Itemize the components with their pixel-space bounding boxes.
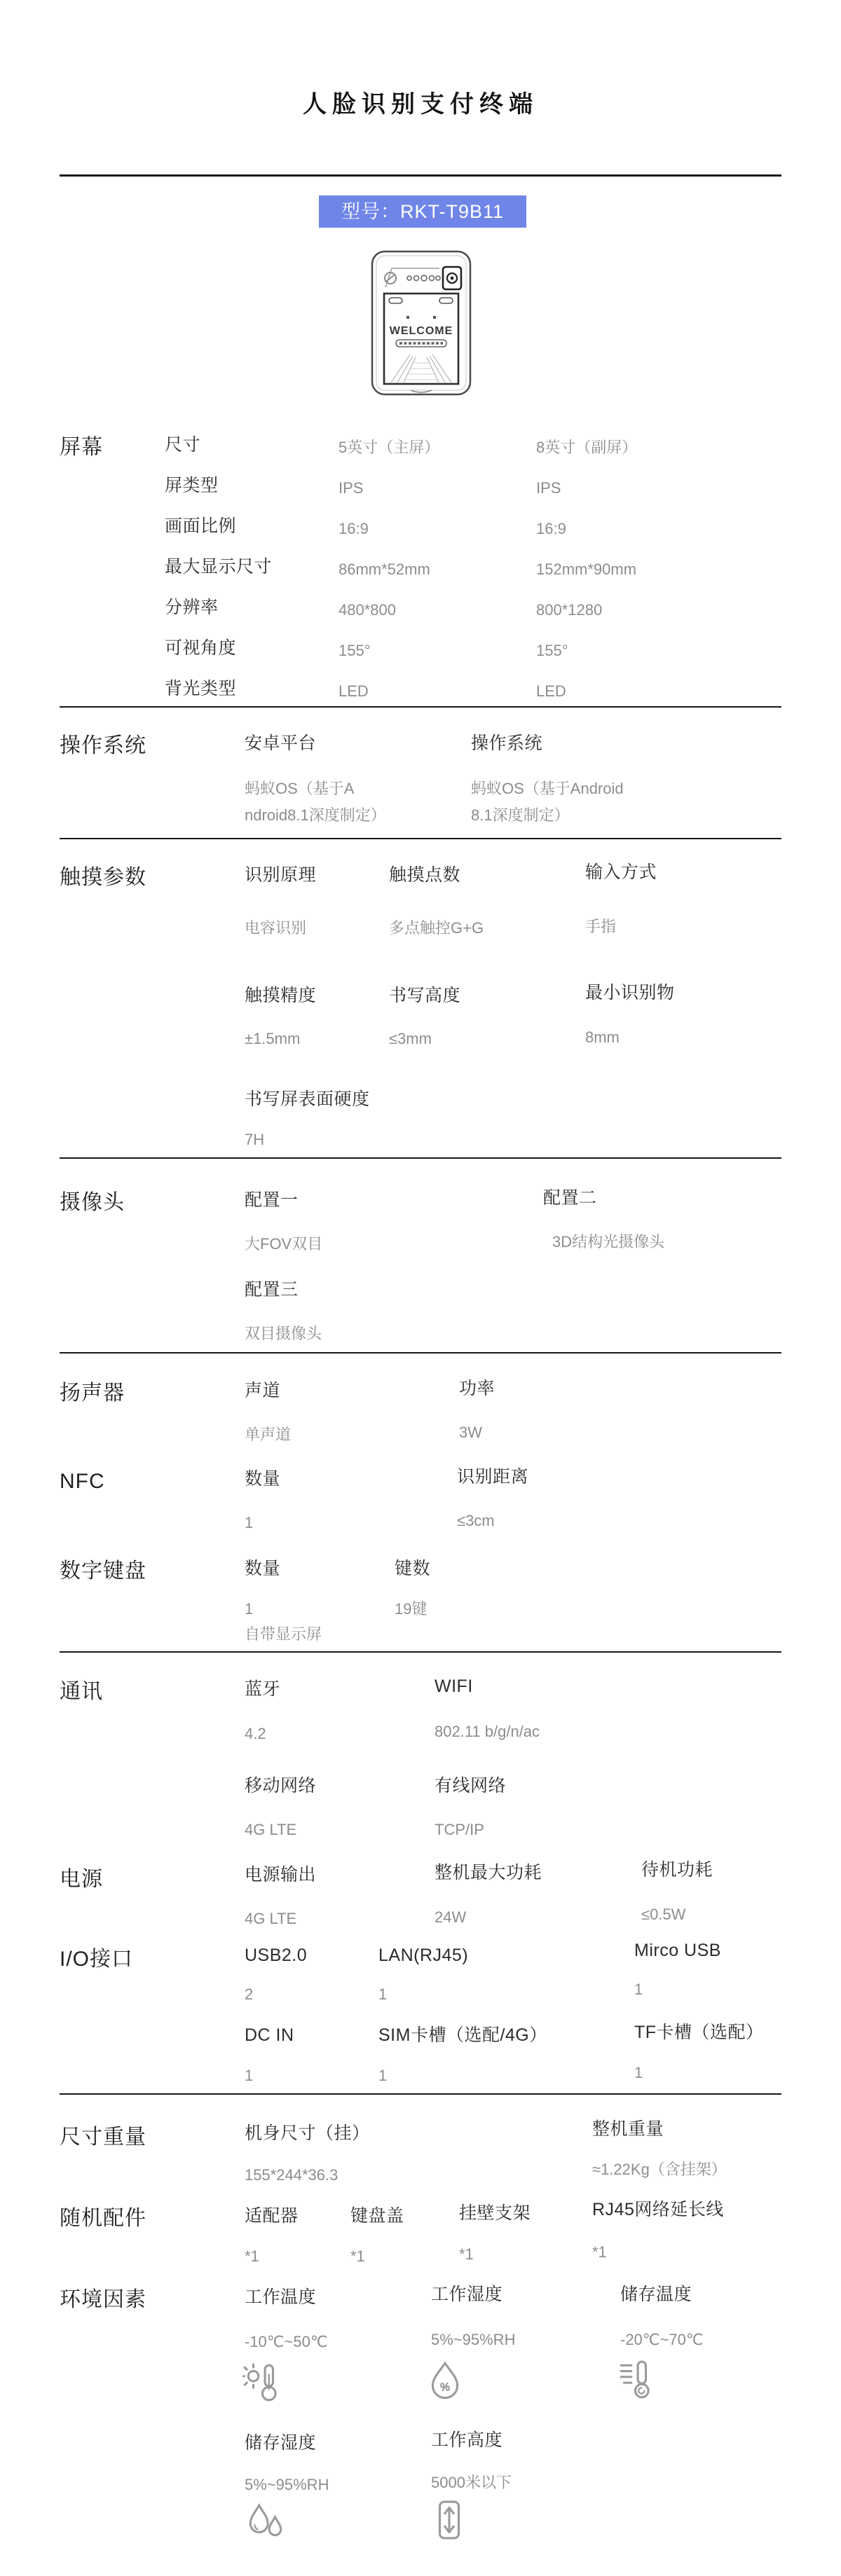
row-label: 工作温度 bbox=[245, 2288, 316, 2308]
row-value: 1 bbox=[245, 2067, 253, 2084]
row-label: 储存湿度 bbox=[245, 2434, 316, 2453]
row-value: 19键 bbox=[395, 1600, 427, 1618]
row-value: IPS bbox=[339, 479, 363, 497]
divider bbox=[60, 1352, 781, 1354]
section-title-power: 电源 bbox=[60, 1868, 103, 1891]
water-drops-icon bbox=[245, 2501, 286, 2545]
divider bbox=[60, 174, 781, 177]
row-value: 802.11 b/g/n/ac bbox=[435, 1723, 540, 1740]
row-value: 16:9 bbox=[339, 520, 369, 537]
row-value: 手指 bbox=[585, 918, 616, 935]
row-label: 键盘盖 bbox=[350, 2207, 404, 2226]
row-value: 双目摄像头 bbox=[245, 1325, 322, 1342]
row-label: 整机最大功耗 bbox=[435, 1864, 542, 1883]
row-value: 5%~95%RH bbox=[245, 2476, 329, 2493]
row-label: 待机功耗 bbox=[641, 1861, 713, 1880]
row-label: 最大显示尺寸 bbox=[165, 558, 272, 577]
row-label: 识别原理 bbox=[245, 866, 316, 886]
row-label: 输入方式 bbox=[585, 863, 657, 883]
model-badge: 型号：RKT-T9B11 bbox=[319, 195, 526, 228]
row-value: ≤3cm bbox=[457, 1512, 495, 1529]
row-value: -20℃~70℃ bbox=[620, 2331, 704, 2348]
row-label: 书写屏表面硬度 bbox=[245, 1090, 370, 1110]
row-value: 5000米以下 bbox=[431, 2474, 512, 2491]
row-value: 8mm bbox=[585, 1028, 620, 1046]
row-value: LED bbox=[339, 682, 369, 700]
row-value: 电容识别 bbox=[245, 919, 306, 937]
row-label: 画面比例 bbox=[165, 517, 236, 537]
divider bbox=[60, 706, 781, 708]
row-label: 整机重量 bbox=[592, 2120, 664, 2140]
row-value: 蚂蚁OS（基于A bbox=[245, 780, 354, 797]
row-value: ≤0.5W bbox=[641, 1906, 685, 1923]
row-value: ≤3mm bbox=[389, 1030, 432, 1047]
row-label: 工作湿度 bbox=[431, 2285, 502, 2305]
row-label: SIM卡槽（选配/4G） bbox=[378, 2026, 547, 2046]
row-label: 数量 bbox=[245, 1559, 280, 1579]
row-value: ≈1.22Kg（含挂架） bbox=[592, 2161, 727, 2178]
row-label: 背光类型 bbox=[165, 680, 236, 699]
device-screen bbox=[384, 294, 458, 384]
row-value: 8英寸（副屏） bbox=[536, 439, 637, 456]
section-title-os: 操作系统 bbox=[60, 734, 146, 757]
row-label: 配置二 bbox=[543, 1189, 597, 1208]
row-label: 储存温度 bbox=[620, 2285, 692, 2305]
row-label: 分辨率 bbox=[165, 598, 219, 618]
row-value: 155° bbox=[536, 642, 568, 659]
row-note: 自带显示屏 bbox=[245, 1625, 322, 1643]
row-label: TF卡槽（选配） bbox=[634, 2023, 764, 2043]
spec-sheet-page: 人脸识别支付终端 型号：RKT-T9B11 WELCOME bbox=[0, 0, 841, 2576]
row-value: 1 bbox=[634, 2064, 643, 2081]
row-label: 有线网络 bbox=[435, 1777, 506, 1796]
row-label: 蓝牙 bbox=[245, 1680, 280, 1700]
row-label: 适配器 bbox=[245, 2207, 299, 2226]
row-label: 最小识别物 bbox=[585, 984, 675, 1003]
row-value: TCP/IP bbox=[435, 1821, 484, 1838]
section-title-screen: 屏幕 bbox=[60, 436, 103, 459]
row-label: USB2.0 bbox=[245, 1946, 307, 1966]
humidity-drop-icon: % bbox=[425, 2361, 465, 2405]
row-value: 1 bbox=[245, 1600, 253, 1618]
row-value: 2 bbox=[245, 1985, 253, 2003]
row-label: Mirco USB bbox=[634, 1941, 721, 1961]
row-value: 1 bbox=[378, 1985, 387, 2003]
row-value: 152mm*90mm bbox=[536, 560, 636, 578]
row-label: 键数 bbox=[395, 1559, 430, 1579]
row-value: 蚂蚁OS（基于Android bbox=[471, 780, 624, 797]
row-value: -10℃~50℃ bbox=[245, 2333, 328, 2350]
row-label: 配置一 bbox=[245, 1191, 299, 1211]
row-label: 可视角度 bbox=[165, 639, 236, 659]
section-title-accessories: 随机配件 bbox=[60, 2207, 146, 2230]
row-value: 8.1深度制定） bbox=[471, 806, 570, 824]
row-label: 数量 bbox=[245, 1470, 280, 1489]
row-value: 155° bbox=[339, 642, 371, 659]
row-label: 机身尺寸（挂） bbox=[245, 2124, 370, 2144]
row-label: 屏类型 bbox=[165, 476, 219, 496]
row-label: 触摸点数 bbox=[389, 866, 460, 886]
row-value: *1 bbox=[459, 2245, 474, 2263]
row-value: 1 bbox=[634, 1981, 643, 1998]
row-value: 800*1280 bbox=[536, 601, 602, 619]
row-value: 16:9 bbox=[536, 520, 566, 537]
row-label: 尺寸 bbox=[165, 436, 200, 455]
row-value: 4G LTE bbox=[245, 1821, 296, 1838]
section-title-touch: 触摸参数 bbox=[60, 866, 146, 889]
divider bbox=[60, 1651, 781, 1653]
row-label: 挂壁支架 bbox=[459, 2204, 531, 2224]
row-value: IPS bbox=[536, 479, 561, 497]
row-label: 书写高度 bbox=[389, 986, 460, 1006]
row-value: 24W bbox=[435, 1908, 466, 1926]
row-value: 3W bbox=[459, 1424, 482, 1441]
row-value: ±1.5mm bbox=[245, 1030, 300, 1047]
row-value: 大FOV双目 bbox=[245, 1235, 322, 1253]
row-value: 7H bbox=[245, 1131, 264, 1148]
row-label: 电源输出 bbox=[245, 1866, 316, 1885]
section-title-keypad: 数字键盘 bbox=[60, 1559, 146, 1583]
section-title-speaker: 扬声器 bbox=[60, 1382, 125, 1405]
row-value: *1 bbox=[592, 2243, 607, 2261]
row-value: 155*244*36.3 bbox=[245, 2166, 338, 2184]
section-title-camera: 摄像头 bbox=[60, 1191, 125, 1214]
row-value: 4G LTE bbox=[245, 1910, 296, 1927]
row-label: 操作系统 bbox=[471, 734, 542, 754]
divider bbox=[60, 2093, 781, 2095]
row-label: 移动网络 bbox=[245, 1777, 316, 1796]
divider bbox=[60, 838, 781, 839]
row-label: 功率 bbox=[459, 1379, 495, 1399]
row-value: 1 bbox=[245, 1514, 253, 1531]
row-value: 5英寸（主屏） bbox=[339, 439, 439, 456]
section-title-environment: 环境因素 bbox=[60, 2288, 146, 2311]
thermometer-scale-icon bbox=[615, 2360, 656, 2404]
row-value: *1 bbox=[245, 2247, 259, 2265]
altitude-range-icon bbox=[429, 2500, 470, 2544]
row-value: 480*800 bbox=[339, 601, 396, 619]
thermometer-sun-icon bbox=[242, 2362, 283, 2406]
row-value: 4.2 bbox=[245, 1725, 266, 1742]
row-label: LAN(RJ45) bbox=[378, 1946, 468, 1966]
row-label: DC IN bbox=[245, 2026, 294, 2046]
terminal-device-illustration: WELCOME bbox=[370, 249, 472, 400]
row-label: RJ45网络延长线 bbox=[592, 2200, 724, 2220]
percent-symbol: % bbox=[440, 2381, 450, 2393]
row-label: 触摸精度 bbox=[245, 986, 316, 1006]
section-title-size-weight: 尺寸重量 bbox=[60, 2126, 146, 2149]
row-value: 单声道 bbox=[245, 1426, 291, 1443]
section-title-io: I/O接口 bbox=[60, 1948, 133, 1971]
row-label: 配置三 bbox=[245, 1281, 299, 1300]
row-value: 86mm*52mm bbox=[339, 560, 430, 578]
row-label: 识别距离 bbox=[457, 1468, 528, 1487]
row-label: 工作高度 bbox=[431, 2431, 502, 2451]
row-label: WIFI bbox=[435, 1677, 473, 1697]
section-title-nfc: NFC bbox=[60, 1470, 105, 1493]
row-value: 多点触控G+G bbox=[389, 919, 484, 937]
section-title-comm: 通讯 bbox=[60, 1680, 103, 1703]
page-title: 人脸识别支付终端 bbox=[0, 85, 841, 119]
row-value: 3D结构光摄像头 bbox=[552, 1233, 664, 1251]
row-value: LED bbox=[536, 682, 566, 700]
device-screen-text: WELCOME bbox=[390, 325, 453, 337]
row-value: 1 bbox=[378, 2067, 387, 2084]
row-value: ndroid8.1深度制定） bbox=[245, 806, 386, 824]
row-value: 5%~95%RH bbox=[431, 2331, 515, 2348]
divider bbox=[60, 1157, 781, 1159]
row-value: *1 bbox=[350, 2247, 365, 2265]
row-label: 安卓平台 bbox=[245, 734, 316, 754]
row-label: 声道 bbox=[245, 1382, 280, 1401]
